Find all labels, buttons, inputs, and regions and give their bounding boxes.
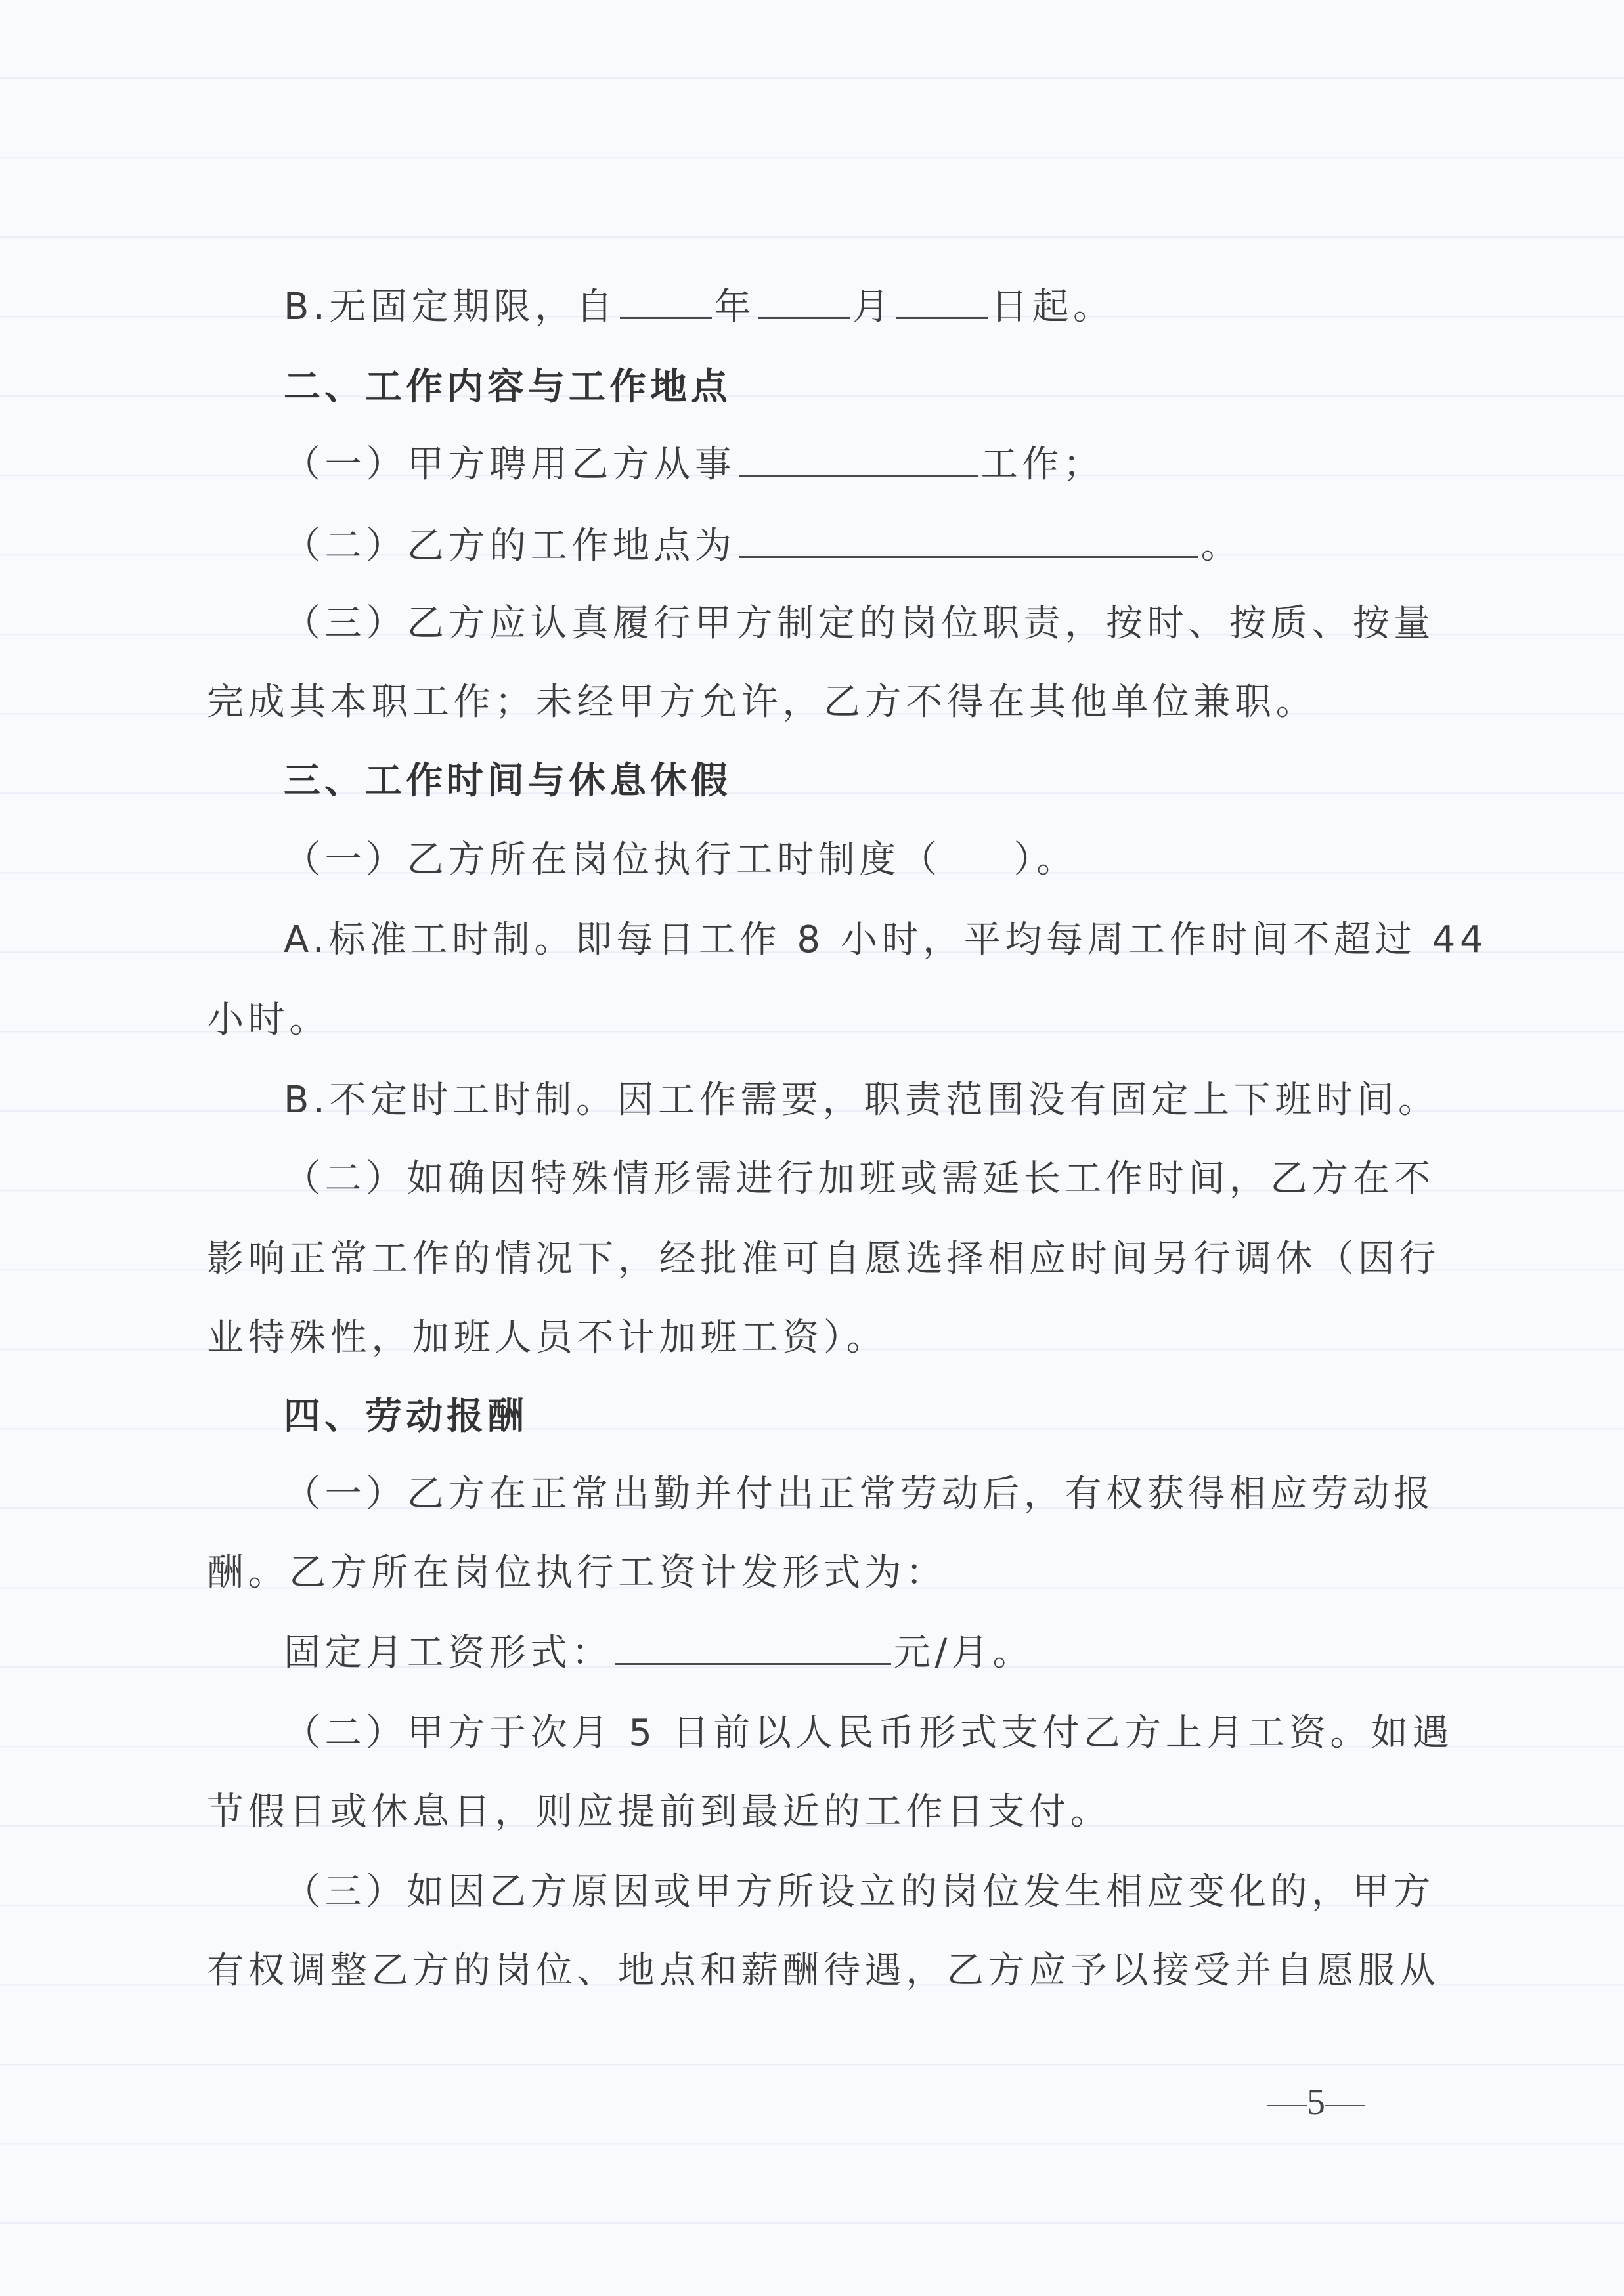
page-number-value: 5	[1307, 2082, 1325, 2123]
clause-duties-line2: 完成其本职工作；未经甲方允许，乙方不得在其他单位兼职。	[207, 680, 1405, 726]
month-label: 月	[852, 286, 894, 328]
hours-system-prefix: （一）乙方所在岗位执行工时制度（	[284, 838, 942, 881]
section-heading-work-hours-rest: 三、工作时间与休息休假	[284, 758, 1405, 804]
option-a-standard-hours-line2: 小时。	[207, 997, 1405, 1043]
clause-duties-line1: （三）乙方应认真履行甲方制定的岗位职责，按时、按质、按量	[284, 601, 1405, 647]
job-position-blank[interactable]	[739, 442, 978, 477]
job-position-suffix: 工作；	[981, 443, 1105, 486]
document-page: B.无固定期限，自年月日起。 二、工作内容与工作地点 （一）甲方聘用乙方从事工作…	[0, 0, 1624, 2296]
monthly-salary-blank[interactable]	[615, 1630, 891, 1665]
page-number-dash-left	[1267, 2105, 1307, 2106]
work-location-prefix: （二）乙方的工作地点为	[284, 525, 736, 567]
job-position-prefix: （一）甲方聘用乙方从事	[284, 443, 736, 486]
start-year-blank[interactable]	[620, 284, 712, 319]
section-heading-work-content-location: 二、工作内容与工作地点	[284, 364, 1405, 410]
day-suffix: 日起。	[991, 286, 1114, 328]
clause-adjustment-line1: （三）如因乙方原因或甲方所设立的岗位发生相应变化的，甲方	[284, 1869, 1405, 1915]
clause-payment-date-line1: （二）甲方于次月 5 日前以人民币形式支付乙方上月工资。如遇	[284, 1710, 1405, 1756]
salary-prefix: 固定月工资形式：	[284, 1632, 613, 1674]
page-number-dash-right	[1325, 2105, 1365, 2106]
clause-remuneration-line2: 酬。乙方所在岗位执行工资计发形式为：	[207, 1550, 1405, 1596]
clause-overtime-line1: （二）如确因特殊情形需进行加班或需延长工作时间，乙方在不	[284, 1156, 1405, 1202]
page-number: 5	[1267, 2081, 1365, 2123]
clause-adjustment-line2: 有权调整乙方的岗位、地点和薪酬待遇，乙方应予以接受并自愿服从	[207, 1948, 1405, 1994]
clause-overtime-line3: 业特殊性，加班人员不计加班工资）。	[207, 1315, 1405, 1361]
clause-payment-date-line2: 节假日或休息日，则应提前到最近的工作日支付。	[207, 1789, 1405, 1835]
salary-unit: 元/月。	[894, 1632, 1034, 1674]
year-label: 年	[714, 286, 756, 328]
option-a-standard-hours-line1: A.标准工时制。即每日工作 8 小时，平均每周工作时间不超过 44	[284, 917, 1405, 963]
clause-fixed-monthly-salary: 固定月工资形式：元/月。	[284, 1630, 1405, 1676]
clause-remuneration-line1: （一）乙方在正常出勤并付出正常劳动后，有权获得相应劳动报	[284, 1471, 1405, 1517]
clause-work-location: （二）乙方的工作地点为。	[284, 523, 1405, 569]
option-b-flexible-hours: B.不定时工时制。因工作需要，职责范围没有固定上下班时间。	[284, 1077, 1405, 1123]
clause-overtime-line2: 影响正常工作的情况下，经批准可自愿选择相应时间另行调休（因行	[207, 1236, 1405, 1282]
start-day-blank[interactable]	[896, 284, 988, 319]
term-b-prefix: B.无固定期限，自	[284, 286, 617, 328]
clause-working-hours-system: （一）乙方所在岗位执行工时制度（）。	[284, 837, 1405, 883]
clause-job-position: （一）甲方聘用乙方从事工作；	[284, 442, 1405, 488]
hours-system-suffix: ）。	[1014, 838, 1078, 881]
work-location-blank[interactable]	[739, 523, 1198, 558]
contract-term-option-b: B.无固定期限，自年月日起。	[284, 284, 1405, 330]
work-location-suffix: 。	[1201, 525, 1242, 567]
section-heading-remuneration: 四、劳动报酬	[284, 1394, 1405, 1440]
start-month-blank[interactable]	[758, 284, 850, 319]
